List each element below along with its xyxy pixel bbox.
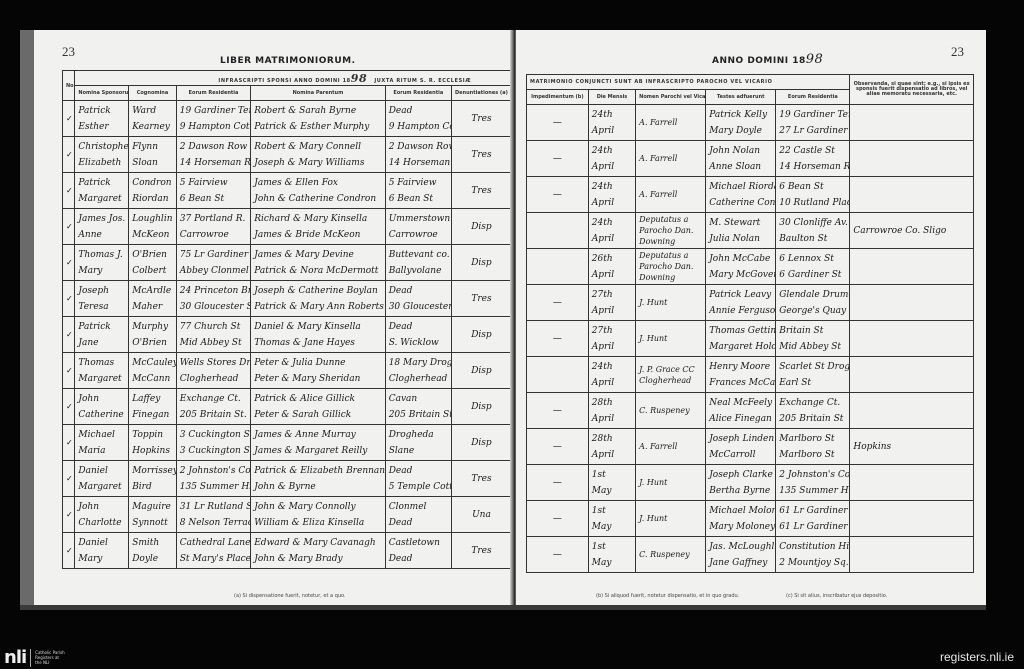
entry-cell-name: DanielMargaret xyxy=(75,461,129,497)
groom-parents_residence: Buttevant co. Cork xyxy=(389,247,448,263)
observations-cell: Carrowroe Co. Sligo xyxy=(850,213,974,249)
bride-surname: Sloan xyxy=(132,155,173,171)
groom-parents_residence: Drogheda xyxy=(389,427,448,443)
entry-cell-residence: 2 Johnston's Court135 Summer Hill xyxy=(176,461,250,497)
groom-name: Patrick xyxy=(78,319,125,335)
witness-residence: 30 Clonliffe Av. xyxy=(779,215,846,231)
bride-residence: 3 Cuckington St xyxy=(180,443,247,459)
month: April xyxy=(592,267,632,283)
witness-residence: 61 Lr Gardiner St xyxy=(779,519,846,535)
impediment-cell: — xyxy=(527,501,589,537)
month: April xyxy=(592,339,632,355)
right-page: ANNO DOMINI 1898 23 MATRIMONIO CONJUNCTI… xyxy=(516,30,986,605)
entry-cell-surname: McCauleyMcCann xyxy=(129,353,177,389)
day: 27th xyxy=(592,287,632,303)
witness-residence: 10 Rutland Place xyxy=(779,195,846,211)
register-entry: —24thAprilA. FarrellJohn NolanAnne Sloan… xyxy=(527,141,974,177)
bride-name: Margaret xyxy=(78,191,125,207)
banns-cell: Disp xyxy=(451,389,511,425)
groom-surname: Morrissey xyxy=(132,463,173,479)
priest: A. Farrell xyxy=(639,117,702,128)
witness: Jas. McLoughlin xyxy=(709,539,772,555)
priest-cell: J. Hunt xyxy=(636,465,706,501)
banns: Tres xyxy=(455,543,508,559)
entry-cell-parents_residence: DeadS. Wicklow xyxy=(385,317,451,353)
entry-cell-parents_residence: UmmerstownCarrowroe xyxy=(385,209,451,245)
entry-cell-parents: Peter & Julia DunnePeter & Mary Sheridan xyxy=(251,353,385,389)
bride-residence: Abbey Clonmel xyxy=(180,263,247,279)
entry-cell-residence: 37 Portland R.Carrowroe xyxy=(176,209,250,245)
observation xyxy=(853,367,970,383)
entry-cell-parents: Richard & Mary KinsellaJames & Bride McK… xyxy=(251,209,385,245)
priest-cell: J. Hunt xyxy=(636,285,706,321)
month: April xyxy=(592,159,632,175)
impediment-cell: — xyxy=(527,393,589,429)
groom-parents_residence: Clonmel xyxy=(389,499,448,515)
witness-residence-cell: Constitution Hill2 Mountjoy Sq. xyxy=(776,537,850,573)
impediment: — xyxy=(530,295,585,311)
priest: A. Farrell xyxy=(639,441,702,452)
check-mark: ✓ xyxy=(63,461,75,497)
witness-residence-cell: 61 Lr Gardiner St61 Lr Gardiner St xyxy=(776,501,850,537)
entry-cell-parents: James & Mary DevinePatrick & Nora McDerm… xyxy=(251,245,385,281)
left-col-header: Eorum Residentia xyxy=(385,86,451,101)
groom-parents_residence: Dead xyxy=(389,103,448,119)
groom-name: Daniel xyxy=(78,535,125,551)
impediment xyxy=(530,367,585,383)
witnesses-cell: Michael RiordanCatherine Condron xyxy=(706,177,776,213)
impediment: — xyxy=(530,547,585,563)
witness-residence-cell: 6 Bean St10 Rutland Place xyxy=(776,177,850,213)
banns: Disp xyxy=(455,399,508,415)
witness: Julia Nolan xyxy=(709,231,772,247)
banns: Tres xyxy=(455,291,508,307)
entry-cell-parents_residence: ClonmelDead xyxy=(385,497,451,533)
date-cell: 24thApril xyxy=(588,357,635,393)
register-entry: —28thAprilA. FarrellJoseph LindenMcCarro… xyxy=(527,429,974,465)
entry-cell-surname: ToppinHopkins xyxy=(129,425,177,461)
banns-cell: Disp xyxy=(451,209,511,245)
groom-parents: Patrick & Elizabeth Brennan xyxy=(254,463,381,479)
bride-parents: Patrick & Mary Ann Roberts xyxy=(254,299,381,315)
groom-residence: 24 Princeton Brow xyxy=(180,283,247,299)
witness-residence: Britain St xyxy=(779,323,846,339)
left-col-header: Nomina Sponsorum xyxy=(75,86,129,101)
entry-cell-parents: James & Anne MurrayJames & Margaret Reil… xyxy=(251,425,385,461)
entry-cell-surname: WardKearney xyxy=(129,101,177,137)
witness: Patrick Leavy xyxy=(709,287,772,303)
banns: Tres xyxy=(455,183,508,199)
witness: Joseph Linden xyxy=(709,431,772,447)
entry-cell-name: James Jos.Anne xyxy=(75,209,129,245)
groom-residence: 77 Church St xyxy=(180,319,247,335)
month: April xyxy=(592,195,632,211)
observations-cell xyxy=(850,105,974,141)
right-col-header: Testes adfuerunt xyxy=(706,90,776,105)
day: 28th xyxy=(592,395,632,411)
witness: Anne Sloan xyxy=(709,159,772,175)
witnesses-cell: Jas. McLoughlinJane Gaffney xyxy=(706,537,776,573)
left-col-header: Cognomina xyxy=(129,86,177,101)
date-cell: 24thApril xyxy=(588,105,635,141)
entry-cell-parents: Patrick & Alice GillickPeter & Sarah Gil… xyxy=(251,389,385,425)
witness-residence: 6 Gardiner St xyxy=(779,267,846,283)
priest: C. Ruspeney xyxy=(639,405,702,416)
banns-cell: Tres xyxy=(451,137,511,173)
priest-cell: Deputatus a Parocho Dan. Downing xyxy=(636,249,706,285)
banns-cell: Tres xyxy=(451,281,511,317)
witness-residence-cell: Scarlet St DroghedaEarl St xyxy=(776,357,850,393)
priest-cell: C. Ruspeney xyxy=(636,537,706,573)
witness-residence: George's Quay xyxy=(779,303,846,319)
witness-residence: 2 Johnston's Court xyxy=(779,467,846,483)
priest-cell: A. Farrell xyxy=(636,141,706,177)
witness-residence: 19 Gardiner Terrace xyxy=(779,107,846,123)
bride-name: Mary xyxy=(78,551,125,567)
priest-cell: J. Hunt xyxy=(636,321,706,357)
groom-name: James Jos. xyxy=(78,211,125,227)
witness-residence: 6 Bean St xyxy=(779,179,846,195)
witness: Mary Doyle xyxy=(709,123,772,139)
entry-cell-surname: LoughlinMcKeon xyxy=(129,209,177,245)
entry-cell-parents: Daniel & Mary KinsellaThomas & Jane Haye… xyxy=(251,317,385,353)
groom-parents: Robert & Mary Connell xyxy=(254,139,381,155)
impediment: — xyxy=(530,187,585,203)
entry-cell-residence: 5 Fairview6 Bean St xyxy=(176,173,250,209)
priest: Deputatus a Parocho Dan. Downing xyxy=(639,250,702,283)
witness: John McCabe xyxy=(709,251,772,267)
impediment-cell: — xyxy=(527,177,589,213)
groom-residence: Exchange Ct. xyxy=(180,391,247,407)
observations-cell xyxy=(850,465,974,501)
marriage-register-table-left: No. INFRASCRIPTI SPONSI ANNO DOMINI 1898… xyxy=(62,70,512,569)
bride-name: Charlotte xyxy=(78,515,125,531)
priest: J. Hunt xyxy=(639,513,702,524)
priest-cell: A. Farrell xyxy=(636,177,706,213)
check-mark: ✓ xyxy=(63,209,75,245)
witness: Catherine Condron xyxy=(709,195,772,211)
witness-residence: Exchange Ct. xyxy=(779,395,846,411)
priest: C. Ruspeney xyxy=(639,549,702,560)
date-cell: 24thApril xyxy=(588,213,635,249)
observation xyxy=(853,115,970,131)
left-page-number: 23 xyxy=(62,44,75,60)
month: May xyxy=(592,483,632,499)
day: 1st xyxy=(592,539,632,555)
groom-residence: 3 Cuckington St xyxy=(180,427,247,443)
entry-cell-parents_residence: Cavan205 Britain St. xyxy=(385,389,451,425)
witness-residence-cell: Britain StMid Abbey St xyxy=(776,321,850,357)
entry-cell-parents: Robert & Sarah ByrnePatrick & Esther Mur… xyxy=(251,101,385,137)
check-mark: ✓ xyxy=(63,173,75,209)
date-cell: 27thApril xyxy=(588,321,635,357)
groom-surname: Loughlin xyxy=(132,211,173,227)
date-cell: 1stMay xyxy=(588,501,635,537)
bride-surname: Maher xyxy=(132,299,173,315)
witnesses-cell: John McCabeMary McGovern xyxy=(706,249,776,285)
banns-cell: Disp xyxy=(451,317,511,353)
register-entry: —28thAprilC. RuspeneyNeal McFeelyAlice F… xyxy=(527,393,974,429)
impediment-cell: — xyxy=(527,321,589,357)
groom-parents_residence: 5 Fairview xyxy=(389,175,448,191)
witness: Margaret Holden xyxy=(709,339,772,355)
groom-residence: Cathedral Lane xyxy=(180,535,247,551)
impediment-cell xyxy=(527,213,589,249)
witness-residence-cell: 19 Gardiner Terrace27 Lr Gardiner St xyxy=(776,105,850,141)
register-entry: ✓PatrickEstherWardKearney19 Gardiner Ter… xyxy=(63,101,512,137)
groom-parents: James & Ellen Fox xyxy=(254,175,381,191)
register-entry: —1stMayJ. HuntMichael MoloneyMary Molone… xyxy=(527,501,974,537)
day: 28th xyxy=(592,431,632,447)
impediment: — xyxy=(530,403,585,419)
check-mark: ✓ xyxy=(63,317,75,353)
banns-cell: Disp xyxy=(451,353,511,389)
month: April xyxy=(592,447,632,463)
month: April xyxy=(592,303,632,319)
bride-parents: James & Margaret Reilly xyxy=(254,443,381,459)
right-banner: MATRIMONIO CONJUNCTI SUNT AB INFRASCRIPT… xyxy=(527,75,850,90)
entry-cell-name: MichaelMaria xyxy=(75,425,129,461)
entry-cell-residence: 2 Dawson Row14 Horseman Row xyxy=(176,137,250,173)
entry-cell-surname: MurphyO'Brien xyxy=(129,317,177,353)
groom-parents_residence: Ummerstown xyxy=(389,211,448,227)
bride-parents: William & Eliza Kinsella xyxy=(254,515,381,531)
bride-parents_residence: 5 Temple Cott. xyxy=(389,479,448,495)
bride-name: Mary xyxy=(78,263,125,279)
banns: Disp xyxy=(455,363,508,379)
bride-surname: Finegan xyxy=(132,407,173,423)
bride-parents_residence: S. Wicklow xyxy=(389,335,448,351)
witness: Frances McCann xyxy=(709,375,772,391)
groom-parents: James & Anne Murray xyxy=(254,427,381,443)
banns: Tres xyxy=(455,471,508,487)
witness-residence-cell: 30 Clonliffe Av.Baulton St xyxy=(776,213,850,249)
date-cell: 24thApril xyxy=(588,177,635,213)
observation xyxy=(853,151,970,167)
priest: J. P. Grace CC Clogherhead xyxy=(639,364,702,386)
entry-cell-name: JohnCharlotte xyxy=(75,497,129,533)
witness-residence: Scarlet St Drogheda xyxy=(779,359,846,375)
right-col-header: Impedimentum (b) xyxy=(527,90,589,105)
bride-name: Maria xyxy=(78,443,125,459)
witness-residence: 27 Lr Gardiner St xyxy=(779,123,846,139)
left-col-header: Eorum Residentia xyxy=(176,86,250,101)
bride-parents: Joseph & Mary Williams xyxy=(254,155,381,171)
register-entry: ✓MichaelMariaToppinHopkins3 Cuckington S… xyxy=(63,425,512,461)
groom-residence: 37 Portland R. xyxy=(180,211,247,227)
bride-parents_residence: Dead xyxy=(389,515,448,531)
entry-cell-parents_residence: Dead5 Temple Cott. xyxy=(385,461,451,497)
banns: Tres xyxy=(455,111,508,127)
entry-cell-surname: MorrisseyBird xyxy=(129,461,177,497)
nli-logo-mark: nli xyxy=(4,647,26,668)
entry-cell-name: JohnCatherine xyxy=(75,389,129,425)
bride-name: Margaret xyxy=(78,371,125,387)
entry-cell-parents: Edward & Mary CavanaghJohn & Mary Brady xyxy=(251,533,385,569)
date-cell: 1stMay xyxy=(588,465,635,501)
bride-parents_residence: Slane xyxy=(389,443,448,459)
priest: A. Farrell xyxy=(639,189,702,200)
witness: Patrick Kelly xyxy=(709,107,772,123)
groom-parents_residence: 2 Dawson Row xyxy=(389,139,448,155)
entry-cell-residence: 3 Cuckington St3 Cuckington St xyxy=(176,425,250,461)
bride-parents: Patrick & Nora McDermott xyxy=(254,263,381,279)
observation xyxy=(853,259,970,275)
witness: M. Stewart xyxy=(709,215,772,231)
entry-cell-name: DanielMary xyxy=(75,533,129,569)
register-entry: ✓ChristopherElizabethFlynnSloan2 Dawson … xyxy=(63,137,512,173)
groom-parents: Richard & Mary Kinsella xyxy=(254,211,381,227)
groom-surname: O'Brien xyxy=(132,247,173,263)
date-cell: 27thApril xyxy=(588,285,635,321)
month: April xyxy=(592,123,632,139)
register-entry: ✓JohnCatherineLaffeyFineganExchange Ct.2… xyxy=(63,389,512,425)
groom-parents_residence: Cavan xyxy=(389,391,448,407)
register-entry: ✓Thomas J.MaryO'BrienColbert75 Lr Gardin… xyxy=(63,245,512,281)
witness: Michael Riordan xyxy=(709,179,772,195)
bride-residence: 30 Gloucester St xyxy=(180,299,247,315)
witness-residence: Baulton St xyxy=(779,231,846,247)
priest-cell: Deputatus a Parocho Dan. Downing xyxy=(636,213,706,249)
register-entry: —1stMayC. RuspeneyJas. McLoughlinJane Ga… xyxy=(527,537,974,573)
observation xyxy=(853,475,970,491)
groom-parents: Peter & Julia Dunne xyxy=(254,355,381,371)
bride-parents: John & Mary Brady xyxy=(254,551,381,567)
bride-parents_residence: Dead xyxy=(389,551,448,567)
day: 24th xyxy=(592,107,632,123)
register-entry: ✓DanielMargaretMorrisseyBird2 Johnston's… xyxy=(63,461,512,497)
entry-cell-parents_residence: Dead30 Gloucester St xyxy=(385,281,451,317)
day: 24th xyxy=(592,143,632,159)
groom-surname: Murphy xyxy=(132,319,173,335)
banns-cell: Tres xyxy=(451,461,511,497)
groom-parents: Daniel & Mary Kinsella xyxy=(254,319,381,335)
bride-surname: McKeon xyxy=(132,227,173,243)
witnesses-cell: Patrick LeavyAnnie Ferguson xyxy=(706,285,776,321)
priest: J. Hunt xyxy=(639,333,702,344)
bride-parents: Peter & Sarah Gillick xyxy=(254,407,381,423)
groom-parents_residence: Dead xyxy=(389,319,448,335)
bride-residence: 8 Nelson Terrace xyxy=(180,515,247,531)
impediment-cell: — xyxy=(527,141,589,177)
month: April xyxy=(592,411,632,427)
day: 26th xyxy=(592,251,632,267)
impediment: — xyxy=(530,151,585,167)
entry-cell-parents: Joseph & Catherine BoylanPatrick & Mary … xyxy=(251,281,385,317)
witness-residence-cell: Exchange Ct.205 Britain St xyxy=(776,393,850,429)
banns-cell: Tres xyxy=(451,533,511,569)
bride-name: Margaret xyxy=(78,479,125,495)
entry-cell-parents_residence: CastletownDead xyxy=(385,533,451,569)
priest: J. Hunt xyxy=(639,477,702,488)
observations-cell xyxy=(850,537,974,573)
month: April xyxy=(592,375,632,391)
date-cell: 24thApril xyxy=(588,141,635,177)
check-mark: ✓ xyxy=(63,137,75,173)
observations-header: Observanda, si quae sint; e.g., si ipsis… xyxy=(850,75,974,105)
observations-cell xyxy=(850,321,974,357)
check-mark: ✓ xyxy=(63,425,75,461)
banns: Una xyxy=(455,507,508,523)
month: May xyxy=(592,519,632,535)
witness: Joseph Clarke xyxy=(709,467,772,483)
entry-cell-parents_residence: DroghedaSlane xyxy=(385,425,451,461)
observations-cell xyxy=(850,393,974,429)
right-col-header: Eorum Residentia xyxy=(776,90,850,105)
witness: John Nolan xyxy=(709,143,772,159)
banns: Disp xyxy=(455,219,508,235)
entry-cell-surname: LaffeyFinegan xyxy=(129,389,177,425)
entry-cell-surname: CondronRiordan xyxy=(129,173,177,209)
bride-parents: Thomas & Jane Hayes xyxy=(254,335,381,351)
observations-cell xyxy=(850,177,974,213)
groom-name: Thomas xyxy=(78,355,125,371)
bride-name: Anne xyxy=(78,227,125,243)
priest: A. Farrell xyxy=(639,153,702,164)
priest-cell: A. Farrell xyxy=(636,429,706,465)
left-banner: INFRASCRIPTI SPONSI ANNO DOMINI 1898 JUX… xyxy=(75,71,512,86)
observation xyxy=(853,187,970,203)
bride-parents: Peter & Mary Sheridan xyxy=(254,371,381,387)
impediment: — xyxy=(530,511,585,527)
groom-surname: Flynn xyxy=(132,139,173,155)
groom-surname: McCauley xyxy=(132,355,173,371)
entry-cell-parents_residence: 18 Mary DroghedaClogherhead xyxy=(385,353,451,389)
groom-name: Thomas J. xyxy=(78,247,125,263)
banns-cell: Tres xyxy=(451,173,511,209)
impediment-cell: — xyxy=(527,429,589,465)
groom-parents: John & Mary Connolly xyxy=(254,499,381,515)
observation: Hopkins xyxy=(853,439,970,455)
entry-cell-name: JosephTeresa xyxy=(75,281,129,317)
bride-surname: McCann xyxy=(132,371,173,387)
check-mark: ✓ xyxy=(63,281,75,317)
entry-cell-name: PatrickEsther xyxy=(75,101,129,137)
witness: Neal McFeely xyxy=(709,395,772,411)
impediment xyxy=(530,223,585,239)
bride-residence: Carrowroe xyxy=(180,227,247,243)
witnesses-cell: Joseph LindenMcCarroll xyxy=(706,429,776,465)
check-mark: ✓ xyxy=(63,389,75,425)
witnesses-cell: Michael MoloneyMary Moloney xyxy=(706,501,776,537)
site-url: registers.nli.ie xyxy=(940,650,1014,664)
witness-residence: Marlboro St xyxy=(779,447,846,463)
bride-parents: John & Byrne xyxy=(254,479,381,495)
entry-cell-residence: 24 Princeton Brow30 Gloucester St xyxy=(176,281,250,317)
bride-parents_residence: 14 Horseman Row xyxy=(389,155,448,171)
right-footnote-b: (b) Si aliquod fuerit, notetur dispensat… xyxy=(596,593,739,599)
impediment-cell: — xyxy=(527,105,589,141)
priest: Deputatus a Parocho Dan. Downing xyxy=(639,214,702,247)
bride-name: Catherine xyxy=(78,407,125,423)
entry-cell-residence: 75 Lr Gardiner StAbbey Clonmel xyxy=(176,245,250,281)
bride-residence: 135 Summer Hill xyxy=(180,479,247,495)
register-entry: 24thAprilDeputatus a Parocho Dan. Downin… xyxy=(527,213,974,249)
observation xyxy=(853,331,970,347)
bride-parents_residence: Ballyvolane xyxy=(389,263,448,279)
bride-surname: Doyle xyxy=(132,551,173,567)
groom-name: Patrick xyxy=(78,103,125,119)
impediment-cell xyxy=(527,357,589,393)
right-page-number: 23 xyxy=(951,44,964,60)
date-cell: 26thApril xyxy=(588,249,635,285)
witness-residence: 135 Summer Hill xyxy=(779,483,846,499)
witness-residence: 22 Castle St xyxy=(779,143,846,159)
register-entry: ✓DanielMarySmithDoyleCathedral LaneSt Ma… xyxy=(63,533,512,569)
banns-cell: Disp xyxy=(451,425,511,461)
groom-residence: 19 Gardiner Terrace xyxy=(180,103,247,119)
groom-residence: 31 Lr Rutland St xyxy=(180,499,247,515)
